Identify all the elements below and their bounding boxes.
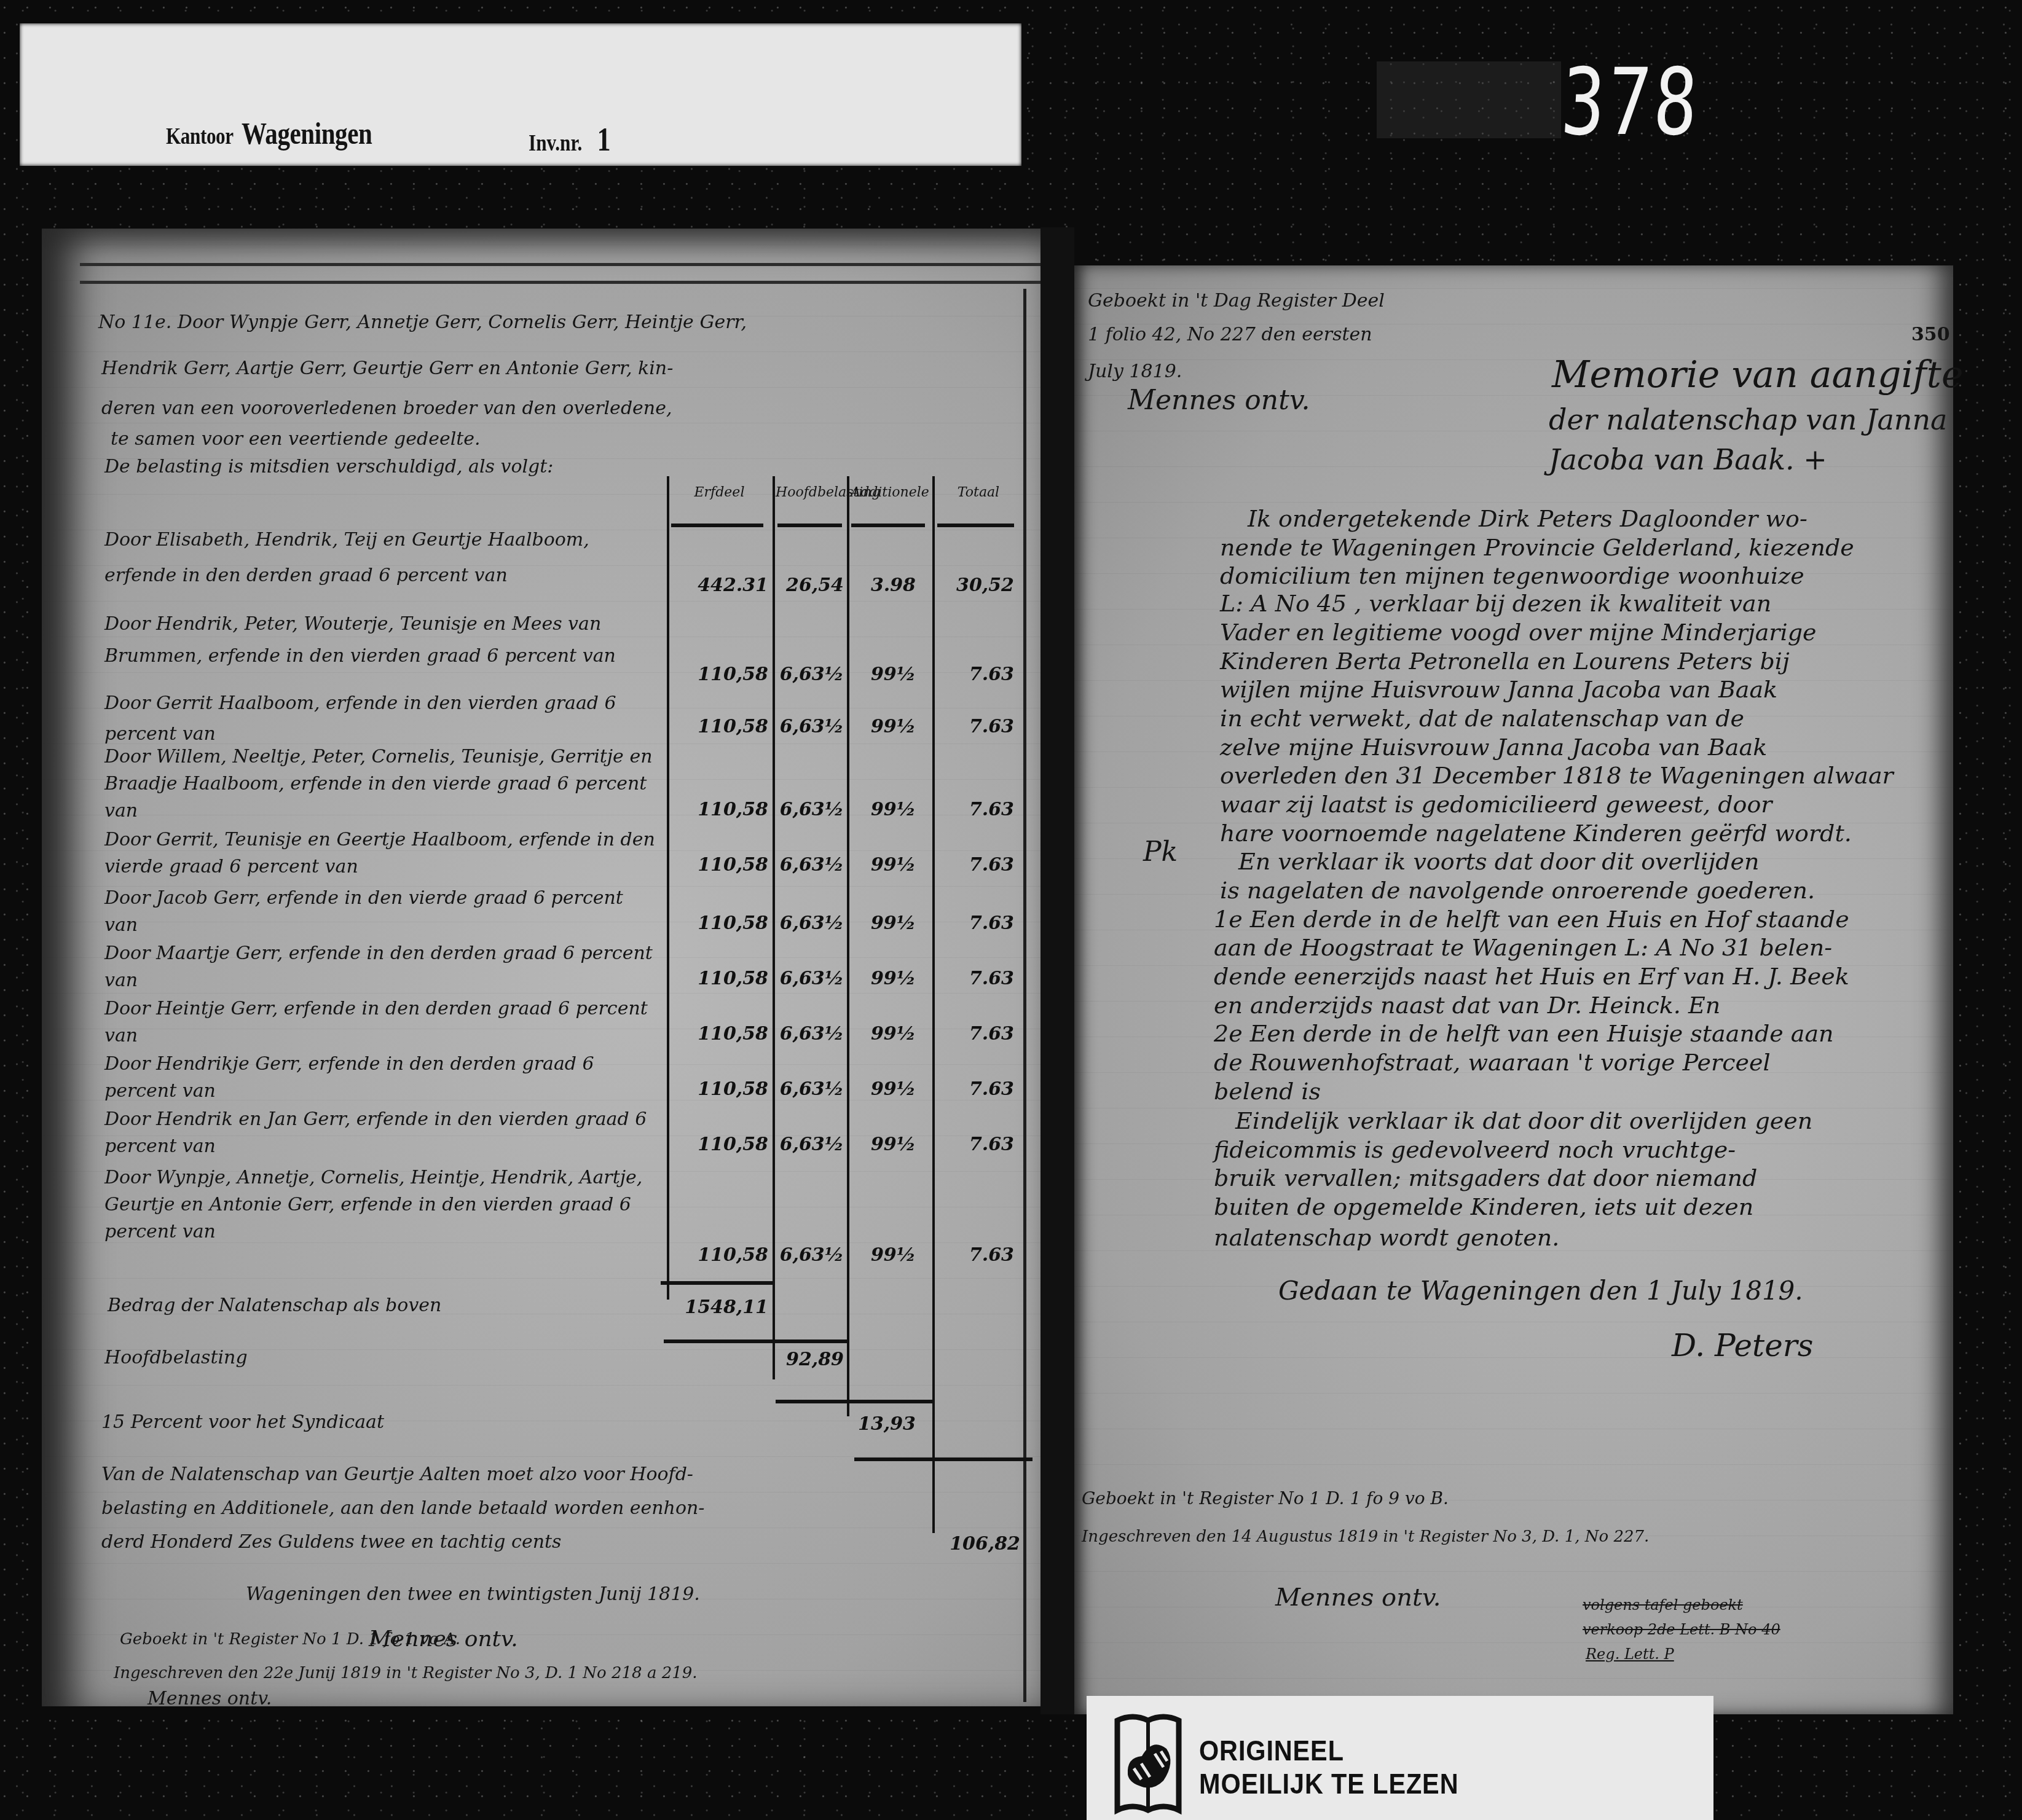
heir-description: Door Wynpje, Annetje, Cornelis, Heintje,… [104, 1164, 658, 1245]
body-line: in echt verwekt, dat de nalatenschap van… [1220, 707, 1744, 730]
heir-description: Door Elisabeth, Hendrik, Teij en Geurtje… [104, 522, 658, 594]
cell-erfdeel: 110,58 [670, 716, 768, 737]
body-line: zelve mijne Huisvrouw Janna Jacoba van B… [1220, 735, 1767, 759]
cell-additionele: 99½ [848, 854, 916, 876]
table-column-divider [667, 476, 669, 1300]
cell-hoofdbelasting: 6,63½ [773, 1023, 844, 1045]
body-line: L: A No 45 , verklaar bij dezen ik kwali… [1220, 592, 1771, 615]
closing-line: Van de Nalatenschap van Geurtje Aalten m… [101, 1465, 693, 1484]
cell-hoofdbelasting: 6,63½ [773, 854, 844, 876]
cell-additionele: 99½ [848, 968, 916, 989]
cell-totaal: 30,52 [934, 575, 1014, 596]
registration-note: Geboekt in 't Register No 1 D. 1 fo 9 vo… [1082, 1490, 1449, 1507]
cell-erfdeel: 110,58 [670, 1023, 768, 1045]
heir-description: Door Gerrit, Teunisje en Geertje Haalboo… [104, 826, 658, 881]
cell-hoofdbelasting: 6,63½ [773, 1134, 844, 1155]
table-column-divider [932, 476, 935, 1533]
left-page-edge [1023, 289, 1026, 1702]
hoofdbelasting-total: 92,89 [773, 1349, 844, 1370]
heir-description: Door Hendrik, Peter, Wouterje, Teunisje … [104, 608, 658, 672]
frame-number: 378 [1559, 57, 1703, 149]
sum-rule [664, 1340, 848, 1343]
cell-additionele: 3.98 [848, 575, 916, 596]
cell-hoofdbelasting: 6,63½ [773, 1078, 844, 1100]
body-line: de Rouwenhofstraat, waaraan 't vorige Pe… [1214, 1051, 1771, 1074]
cell-totaal: 7.63 [934, 1134, 1014, 1155]
cell-additionele: 99½ [848, 1244, 916, 1266]
table-column-divider [847, 476, 849, 1416]
cell-totaal: 7.63 [934, 854, 1014, 876]
cell-erfdeel: 110,58 [670, 968, 768, 989]
body-line: nende te Wageningen Provincie Gelderland… [1220, 536, 1854, 559]
title-line: Memorie van aangifte [1552, 356, 1963, 393]
body-line: Eindelijk verklaar ik dat door dit overl… [1235, 1109, 1812, 1132]
intro-line: deren van een vooroverledenen broeder va… [101, 399, 672, 418]
cell-totaal: 7.63 [934, 912, 1014, 934]
cell-hoofdbelasting: 6,63½ [773, 716, 844, 737]
margin-note-line: July 1819. [1088, 363, 1182, 381]
cell-erfdeel: 110,58 [670, 854, 768, 876]
margin-note-line: Geboekt in 't Dag Register Deel [1088, 292, 1385, 310]
body-line: 1e Een derde in de helft van een Huis en… [1214, 908, 1849, 931]
heir-description: Door Hendrikje Gerr, erfende in den derd… [104, 1051, 658, 1105]
nalatenschap-total: 1548,11 [670, 1296, 768, 1318]
column-header-totaal: Totaal [935, 485, 1021, 500]
opcenten-label: 15 Percent voor het Syndicaat [101, 1413, 384, 1432]
cell-totaal: 7.63 [934, 968, 1014, 989]
column-header-additionele: Additionele [849, 485, 930, 500]
office-field: Kantoor Wageningen [166, 116, 372, 151]
cell-erfdeel: 110,58 [670, 1244, 768, 1266]
title-line: Jacoba van Baak. + [1549, 445, 1827, 474]
cell-additionele: 99½ [848, 912, 916, 934]
struck-note-line: volgens tafel geboekt [1583, 1598, 1743, 1612]
cell-totaal: 7.63 [934, 1078, 1014, 1100]
cell-totaal: 7.63 [934, 1244, 1014, 1266]
date-line: Wageningen den twee en twintigsten Junij… [246, 1585, 700, 1604]
heir-description: Door Willem, Neeltje, Peter, Cornelis, T… [104, 743, 658, 825]
cell-additionele: 99½ [848, 716, 916, 737]
body-line: nalatenschap wordt genoten. [1214, 1226, 1559, 1249]
cell-totaal: 7.63 [934, 716, 1014, 737]
header-underline [937, 524, 1014, 527]
official-signature: Mennes ontv. [1275, 1585, 1441, 1610]
nalatenschap-label: Bedrag der Nalatenschap als boven [108, 1296, 441, 1315]
heir-description: Door Heintje Gerr, erfende in den derden… [104, 995, 658, 1049]
heir-description: Door Jacob Gerr, erfende in den vierde g… [104, 885, 658, 939]
cell-additionele: 99½ [848, 1134, 916, 1155]
body-line: waar zij laatst is gedomicilieerd gewees… [1220, 793, 1772, 816]
cell-additionele: 99½ [848, 664, 916, 685]
cell-hoofdbelasting: 6,63½ [773, 968, 844, 989]
archive-label: Kantoor Wageningen Inv.nr. 1 [20, 23, 1021, 166]
illegible-original-stamp: ORIGINEEL MOEILIJK TE LEZEN [1087, 1696, 1713, 1820]
book-edge-lines [80, 263, 1045, 284]
body-line: 2e Een derde in de helft van een Huisje … [1214, 1022, 1834, 1045]
intro-line: Hendrik Gerr, Aartje Gerr, Geurtje Gerr … [101, 359, 673, 378]
opcenten-total: 13,93 [848, 1413, 916, 1435]
cell-hoofdbelasting: 6,63½ [773, 799, 844, 820]
cell-hoofdbelasting: 6,63½ [773, 1244, 844, 1266]
hoofdbelasting-label: Hoofdbelasting [104, 1349, 248, 1367]
body-line: Kinderen Berta Petronella en Lourens Pet… [1220, 649, 1790, 673]
heir-description: Door Gerrit Haalboom, erfende in den vie… [104, 688, 658, 750]
frame-counter-ghost [1377, 61, 1561, 138]
inventory-label: Inv.nr. [529, 130, 582, 156]
cell-erfdeel: 110,58 [670, 799, 768, 820]
body-line: is nagelaten de navolgende onroerende go… [1220, 879, 1815, 902]
body-line: dende eenerzijds naast het Huis en Erf v… [1214, 965, 1849, 988]
inventory-number: 1 [597, 121, 610, 158]
official-signature: Mennes ontv. [369, 1628, 518, 1650]
stamp-line-2: MOEILIJK TE LEZEN [1199, 1767, 1458, 1800]
margin-initials: Pk [1143, 839, 1178, 866]
heir-description: Door Maartje Gerr, erfende in den derden… [104, 940, 658, 994]
body-line: overleden den 31 December 1818 te Wageni… [1220, 764, 1894, 787]
cell-additionele: 99½ [848, 1023, 916, 1045]
margin-signature: Mennes ontv. [1128, 387, 1310, 414]
cell-totaal: 7.63 [934, 799, 1014, 820]
column-header-erfdeel: Erfdeel [669, 485, 770, 500]
stamp-line-1: ORIGINEEL [1199, 1734, 1344, 1767]
cell-erfdeel: 110,58 [670, 912, 768, 934]
book-spine-gap [1041, 227, 1074, 1714]
cell-erfdeel: 110,58 [670, 664, 768, 685]
official-signature: Mennes ontv. [148, 1690, 272, 1708]
closing-line: derd Honderd Zes Guldens twee en tachtig… [101, 1533, 561, 1551]
cell-erfdeel: 442.31 [670, 575, 768, 596]
cell-erfdeel: 110,58 [670, 1134, 768, 1155]
body-line: buiten de opgemelde Kinderen, iets uit d… [1214, 1195, 1753, 1218]
body-line: Ik ondergetekende Dirk Peters Dagloonder… [1248, 507, 1808, 530]
office-name: Wageningen [242, 116, 372, 151]
intro-line: No 11e. Door Wynpje Gerr, Annetje Gerr, … [98, 313, 747, 332]
cell-additionele: 99½ [848, 1078, 916, 1100]
registration-note: Ingeschreven den 14 Augustus 1819 in 't … [1082, 1529, 1649, 1545]
cell-hoofdbelasting: 6,63½ [773, 664, 844, 685]
cell-additionele: 99½ [848, 799, 916, 820]
open-book-logo-icon [1114, 1713, 1182, 1816]
body-line: domicilium ten mijnen tegenwoordige woon… [1220, 564, 1804, 587]
office-label: Kantoor [166, 124, 233, 149]
body-line: hare voornoemde nagelatene Kinderen geër… [1220, 822, 1852, 845]
cell-hoofdbelasting: 6,63½ [773, 912, 844, 934]
folio-number: 350 [1911, 326, 1950, 344]
cell-totaal: 7.63 [934, 664, 1014, 685]
header-underline [671, 524, 763, 527]
sum-rule [776, 1400, 932, 1403]
registration-note: Ingeschreven den 22e Junij 1819 in 't Re… [114, 1665, 698, 1681]
body-line: aan de Hoogstraat te Wageningen L: A No … [1214, 936, 1832, 959]
body-line: bruik vervallen; mitsgaders dat door nie… [1214, 1166, 1757, 1190]
cell-erfdeel: 110,58 [670, 1078, 768, 1100]
header-underline [851, 524, 925, 527]
intro-line: te samen voor een veertiende gedeelte. [111, 430, 481, 449]
closing-total: 106,82 [934, 1533, 1020, 1555]
closing-line: belasting en Additionele, aan den lande … [101, 1499, 704, 1518]
struck-note-line: Reg. Lett. P [1586, 1647, 1674, 1661]
heir-description: Door Hendrik en Jan Gerr, erfende in den… [104, 1106, 658, 1160]
body-date-line: Gedaan te Wageningen den 1 July 1819. [1278, 1278, 1803, 1304]
cell-totaal: 7.63 [934, 1023, 1014, 1045]
sum-rule [854, 1457, 1033, 1461]
column-header-hoofdbelasting: Hoofdbelasting [776, 485, 844, 500]
header-underline [777, 524, 842, 527]
body-line: belend is [1214, 1080, 1321, 1103]
margin-note-line: 1 folio 42, No 227 den eersten [1088, 326, 1372, 344]
declarant-signature: D. Peters [1672, 1330, 1813, 1361]
inventory-field: Inv.nr. 1 [529, 120, 611, 159]
cell-hoofdbelasting: 26,54 [773, 575, 844, 596]
body-line: En verklaar ik voorts dat door dit overl… [1238, 850, 1760, 873]
body-line: en anderzijds naast dat van Dr. Heinck. … [1214, 994, 1720, 1017]
sum-rule [661, 1281, 774, 1285]
struck-note-line: verkoop 2de Lett. B No 40 [1583, 1622, 1780, 1637]
body-line: wijlen mijne Huisvrouw Janna Jacoba van … [1220, 678, 1777, 701]
body-line: fideicommis is gedevolveerd noch vruchtg… [1214, 1138, 1736, 1161]
title-line: der nalatenschap van Janna [1549, 406, 1948, 434]
body-line: Vader en legitieme voogd over mijne Mind… [1220, 621, 1816, 644]
intro-line: De belasting is mitsdien verschuldigd, a… [104, 458, 553, 476]
